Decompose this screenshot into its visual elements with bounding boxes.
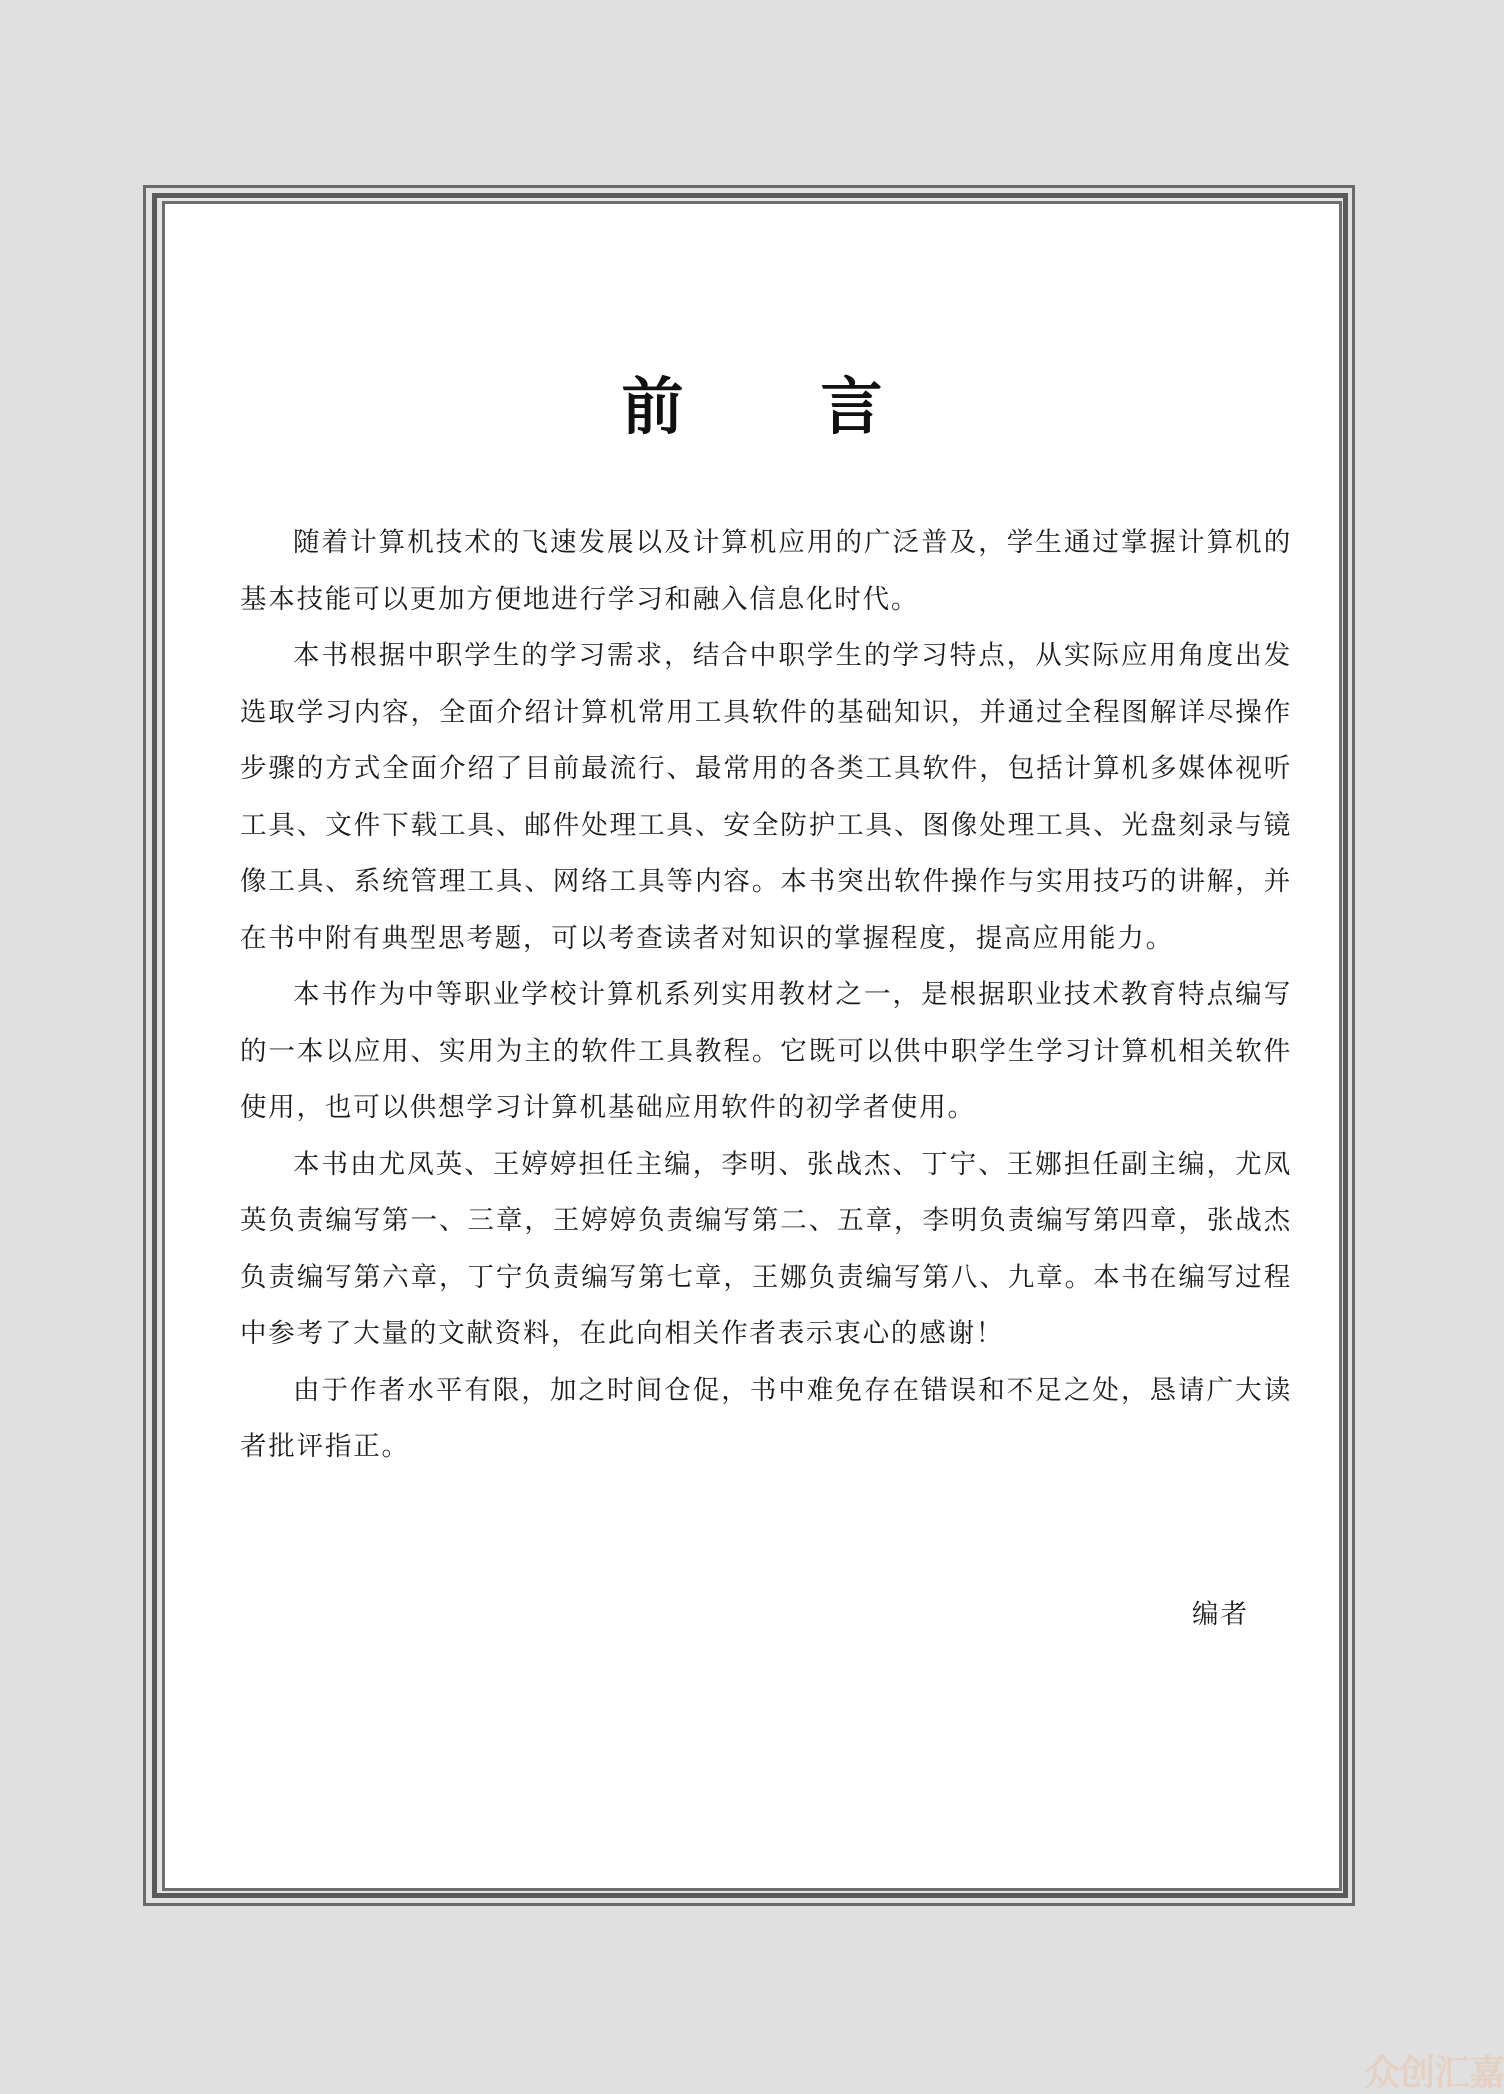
preface-paragraph-4: 本书由尤凤英、王婷婷担任主编，李明、张战杰、丁宁、王娜担任副主编，尤凤英负责编写… <box>240 1137 1292 1363</box>
preface-paragraph-1: 随着计算机技术的飞速发展以及计算机应用的广泛普及，学生通过掌握计算机的基本技能可… <box>240 515 1292 628</box>
page-title-char-2: 言 <box>820 372 884 442</box>
watermark-logo: 众创汇嘉 <box>1364 2054 1504 2094</box>
page-title-char-1: 前 <box>621 372 685 442</box>
preface-paragraph-3: 本书作为中等职业学校计算机系列实用教材之一，是根据职业技术教育特点编写的一本以应… <box>240 967 1292 1137</box>
preface-body: 随着计算机技术的飞速发展以及计算机应用的广泛普及，学生通过掌握计算机的基本技能可… <box>240 515 1292 1476</box>
author-signature: 编者 <box>1192 1595 1249 1635</box>
page-title: 前言 <box>0 372 1504 442</box>
preface-paragraph-5: 由于作者水平有限，加之时间仓促，书中难免存在错误和不足之处，恳请广大读者批评指正… <box>240 1363 1292 1476</box>
preface-paragraph-2: 本书根据中职学生的学习需求，结合中职学生的学习特点，从实际应用角度出发选取学习内… <box>240 628 1292 967</box>
